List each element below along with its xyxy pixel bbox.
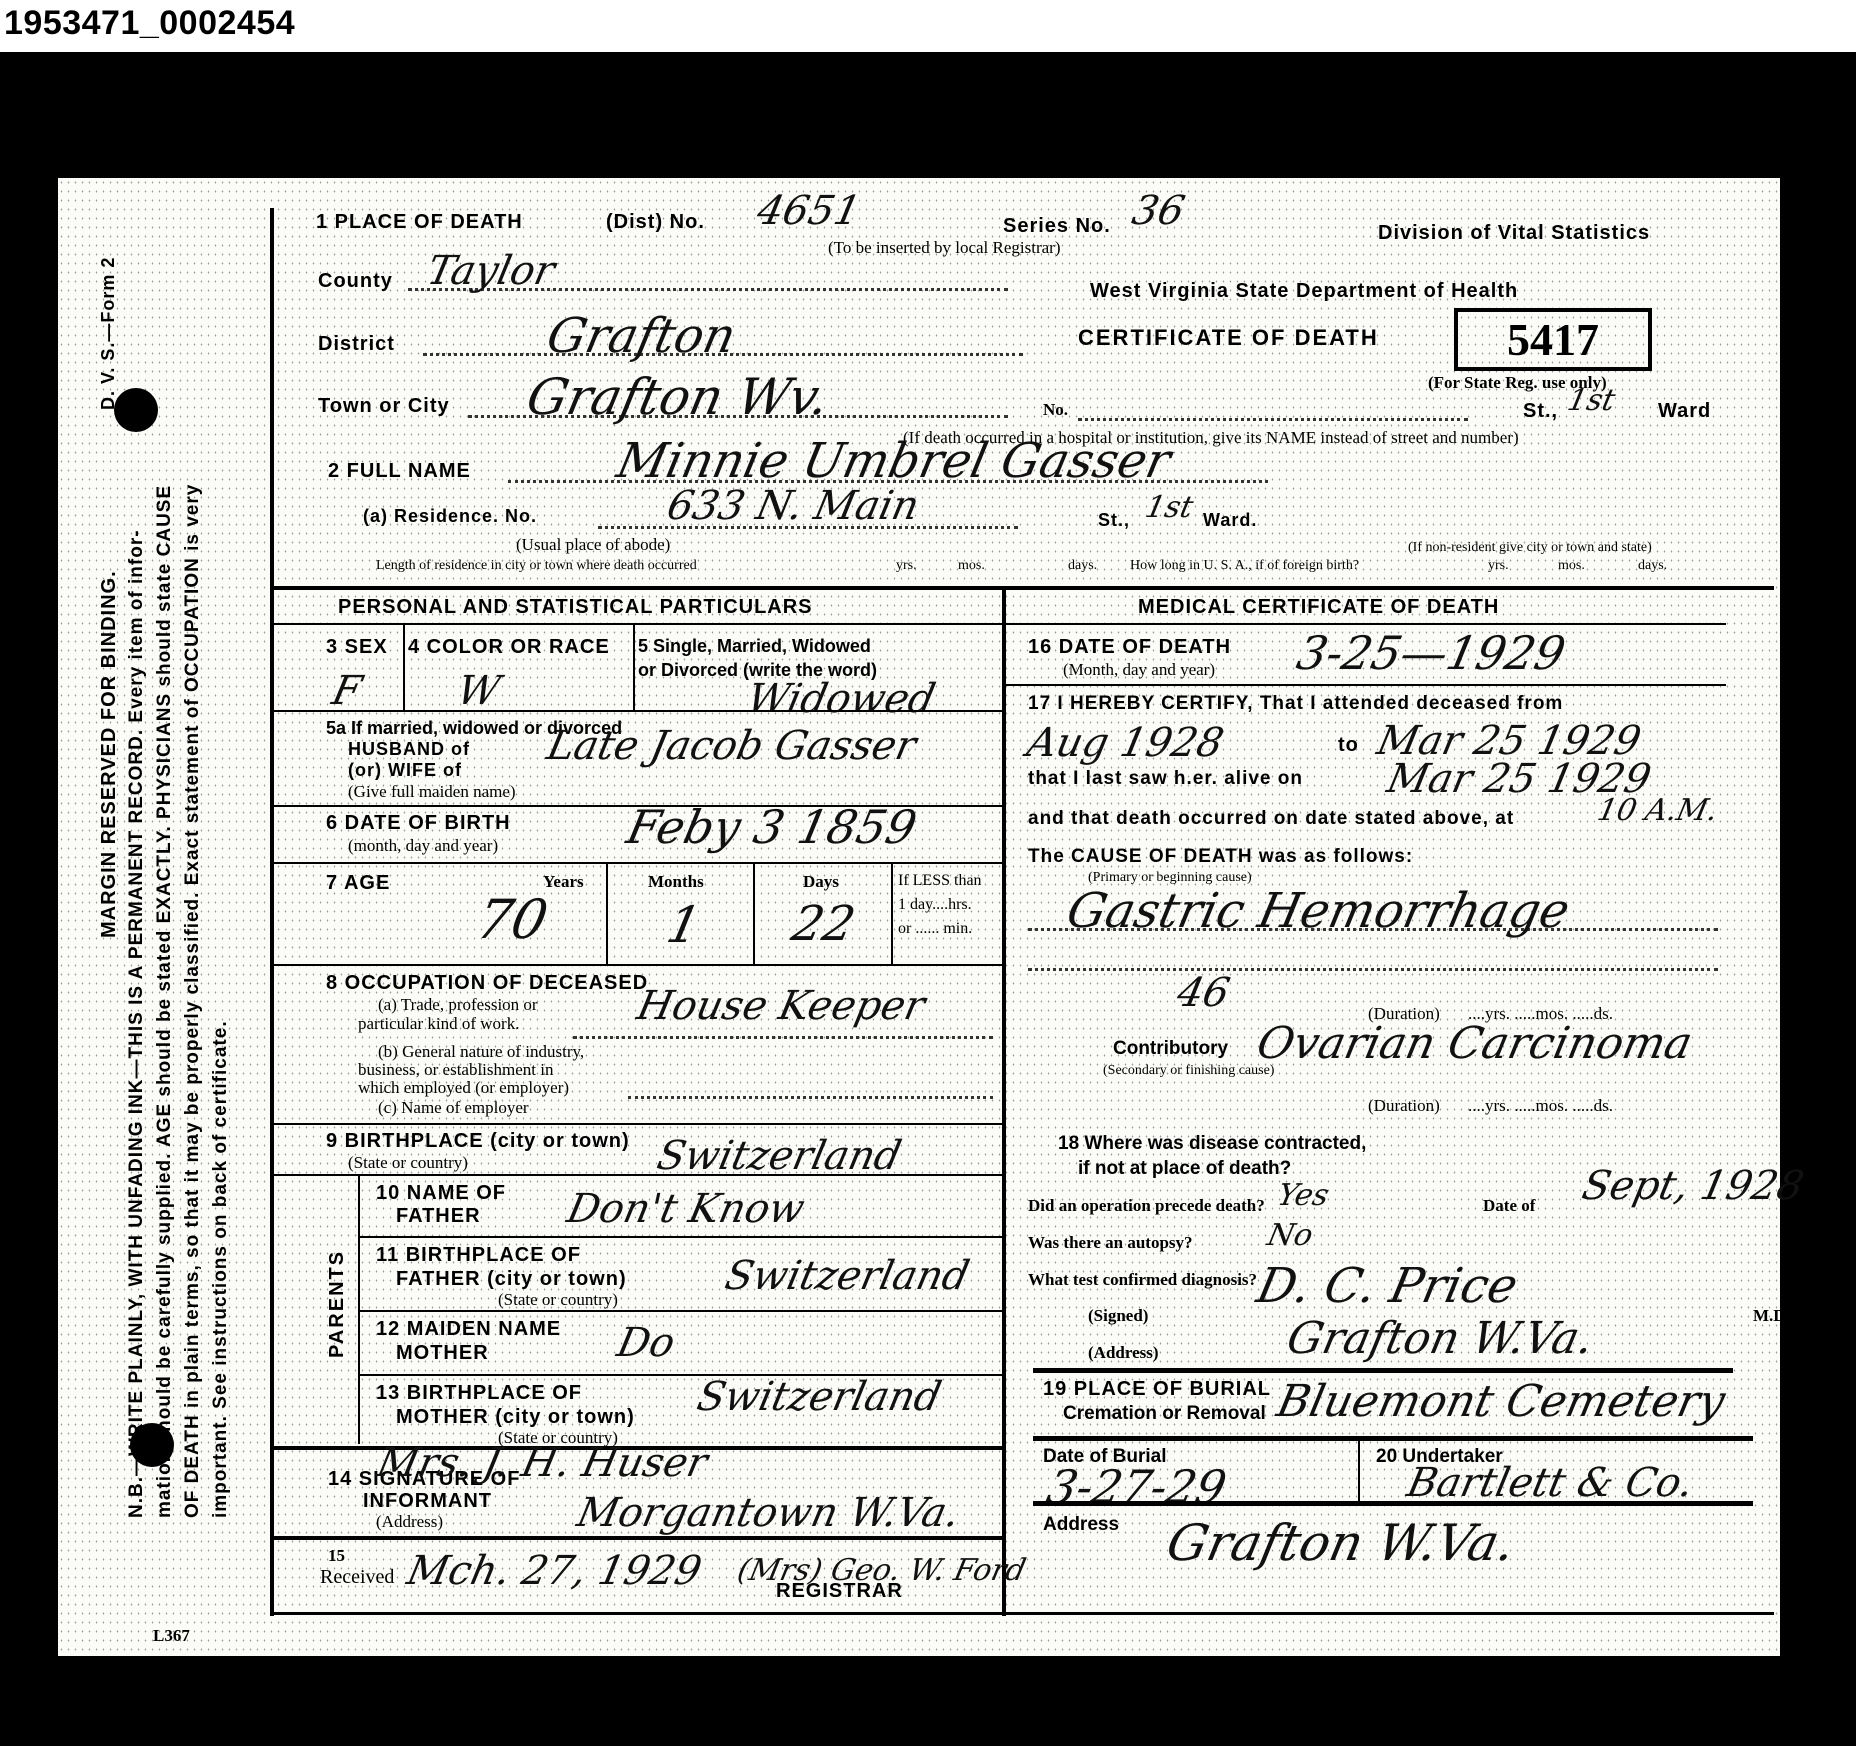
contributory-cause: Ovarian Carcinoma (1253, 1018, 1697, 1069)
undertaker-value: Bartlett & Co. (1403, 1460, 1698, 1506)
spouse-label-3: (or) WIFE of (348, 760, 462, 781)
received-date: Mch. 27, 1929 (403, 1548, 705, 1594)
margin-binding-note: MARGIN RESERVED FOR BINDING. (98, 570, 121, 938)
residence-st-label: St., (1098, 510, 1130, 531)
contributory-label: Contributory (1113, 1038, 1228, 1060)
occupation-value: House Keeper (633, 983, 929, 1029)
residence-ward-value: 1st (1142, 490, 1196, 525)
father-birthplace-value: Switzerland (721, 1253, 973, 1299)
full-name-label: 2 FULL NAME (328, 460, 471, 483)
residence-label: (a) Residence. No. (363, 506, 537, 527)
residence-ward-label: Ward. (1203, 510, 1257, 531)
department-title: West Virginia State Department of Health (1090, 280, 1518, 303)
spouse-value: Late Jacob Gasser (543, 723, 920, 769)
cause-label: The CAUSE OF DEATH was as follows: (1028, 846, 1413, 868)
mother-birthplace-value: Switzerland (693, 1374, 945, 1420)
ward-value: 1st (1564, 383, 1618, 418)
test-label: What test confirmed diagnosis? (1028, 1270, 1257, 1290)
personal-header: PERSONAL AND STATISTICAL PARTICULARS (338, 596, 813, 619)
series-no-label: Series No. (1003, 215, 1111, 238)
series-no-value: 36 (1128, 188, 1189, 234)
dist-no-value: 4651 (753, 188, 865, 234)
column-divider (1002, 586, 1006, 1616)
section-divider (274, 586, 1774, 590)
physician-address: Grafton W.Va. (1283, 1313, 1599, 1364)
certify-label: 17 I HEREBY CERTIFY, That I attended dec… (1028, 693, 1563, 715)
last-saw-label: that I last saw h.er. alive on (1028, 768, 1303, 790)
death-certificate: MARGIN RESERVED FOR BINDING. N.B.—WRITE … (58, 178, 1780, 1656)
age-label: 7 AGE (326, 872, 390, 895)
months-label: Months (648, 872, 704, 892)
sex-label: 3 SEX (326, 636, 388, 659)
residence-value: 633 N. Main (663, 483, 923, 529)
town-label: Town or City (318, 395, 450, 418)
mother-value: Do (613, 1320, 679, 1366)
dod-label: 16 DATE OF DEATH (1028, 636, 1231, 659)
footer-code: L367 (153, 1626, 190, 1646)
autopsy-label: Was there an autopsy? (1028, 1233, 1193, 1253)
operation-value: Yes (1274, 1178, 1332, 1213)
medical-header: MEDICAL CERTIFICATE OF DEATH (1138, 596, 1499, 619)
county-value: Taylor (423, 248, 559, 294)
marital-label-1: 5 Single, Married, Widowed (638, 636, 871, 657)
abode-note: (Usual place of abode) (516, 535, 670, 555)
form-code: D. V. S.—Form 2 (98, 257, 119, 410)
age-months: 1 (662, 896, 706, 954)
operation-date: Sept, 1928 (1578, 1163, 1808, 1209)
dob-sub: (month, day and year) (348, 836, 498, 856)
undertaker-address: Grafton W.Va. (1162, 1514, 1521, 1572)
district-value: Grafton (542, 308, 741, 364)
document-id: 1953471_0002454 (4, 4, 295, 43)
binding-hole (130, 1423, 174, 1467)
margin-note-line-4: important. See instructions on back of c… (210, 1020, 232, 1518)
nonresident-note: (If non-resident give city or town and s… (1408, 540, 1652, 556)
registrar-note: (To be inserted by local Registrar) (828, 238, 1060, 258)
division-title: Division of Vital Statistics (1378, 222, 1650, 245)
dob-value: Feby 3 1859 (622, 800, 921, 854)
duration-value: 46 (1173, 970, 1234, 1016)
physician-signature: D. C. Price (1252, 1258, 1523, 1314)
county-label: County (318, 270, 393, 293)
town-value: Grafton Wv. (522, 368, 834, 426)
time-of-death: 10 A.M. (1594, 793, 1721, 828)
age-years: 70 (471, 888, 553, 951)
margin-note-line-1: N.B.—WRITE PLAINLY, WITH UNFADING INK—TH… (126, 529, 148, 1518)
occurred-label: and that death occurred on date stated a… (1028, 808, 1514, 830)
race-label: 4 COLOR OR RACE (408, 636, 610, 659)
days-label: Days (803, 872, 839, 892)
full-name-value: Minnie Umbrel Gasser (612, 433, 1175, 489)
parents-label: PARENTS (326, 1250, 349, 1358)
operation-label: Did an operation precede death? (1028, 1196, 1265, 1216)
margin-note-line-2: mation should be carefully supplied. AGE… (154, 485, 176, 1518)
primary-cause: Gastric Hemorrhage (1062, 883, 1574, 939)
top-bar: 1953471_0002454 (0, 0, 1856, 52)
spouse-label-2: HUSBAND of (348, 739, 470, 760)
birthplace-label: 9 BIRTHPLACE (city or town) (326, 1130, 630, 1153)
dob-label: 6 DATE OF BIRTH (326, 812, 511, 835)
attended-from: Aug 1928 (1023, 720, 1228, 766)
sex-value: F (328, 668, 366, 714)
informant-address: Morgantown W.Va. (573, 1490, 964, 1536)
no-label: No. (1043, 400, 1068, 420)
length-residence-label: Length of residence in city or town wher… (376, 558, 697, 574)
spouse-label-4: (Give full maiden name) (348, 782, 516, 802)
birthplace-value: Switzerland (653, 1133, 905, 1179)
father-value: Don't Know (563, 1186, 808, 1232)
informant-value: Mrs. J. H. Huser (373, 1440, 711, 1486)
registrar-label: REGISTRAR (776, 1580, 903, 1603)
certificate-title: CERTIFICATE OF DEATH (1078, 325, 1379, 351)
age-days: 22 (787, 896, 860, 952)
ward-label: Ward (1658, 400, 1711, 423)
binding-hole (114, 388, 158, 432)
autopsy-value: No (1264, 1218, 1316, 1253)
dod-value: 3-25—1929 (1292, 626, 1570, 680)
burial-place: Bluemont Cemetery (1273, 1376, 1730, 1427)
race-value: W (453, 668, 504, 714)
place-of-death-label: 1 PLACE OF DEATH (316, 211, 523, 234)
district-label: District (318, 333, 395, 356)
st-label: St., (1523, 400, 1558, 423)
usa-label: How long in U. S. A., if of foreign birt… (1130, 558, 1359, 574)
bottom-border (274, 1612, 1774, 1615)
occupation-label: 8 OCCUPATION OF DECEASED (326, 972, 648, 995)
margin-note-line-3: OF DEATH in plain terms, so that it may … (182, 484, 204, 1518)
left-border (270, 208, 274, 1616)
certificate-number: 5417 (1454, 308, 1652, 371)
dist-no-label: (Dist) No. (606, 211, 705, 234)
marital-value: Widowed (743, 676, 939, 722)
